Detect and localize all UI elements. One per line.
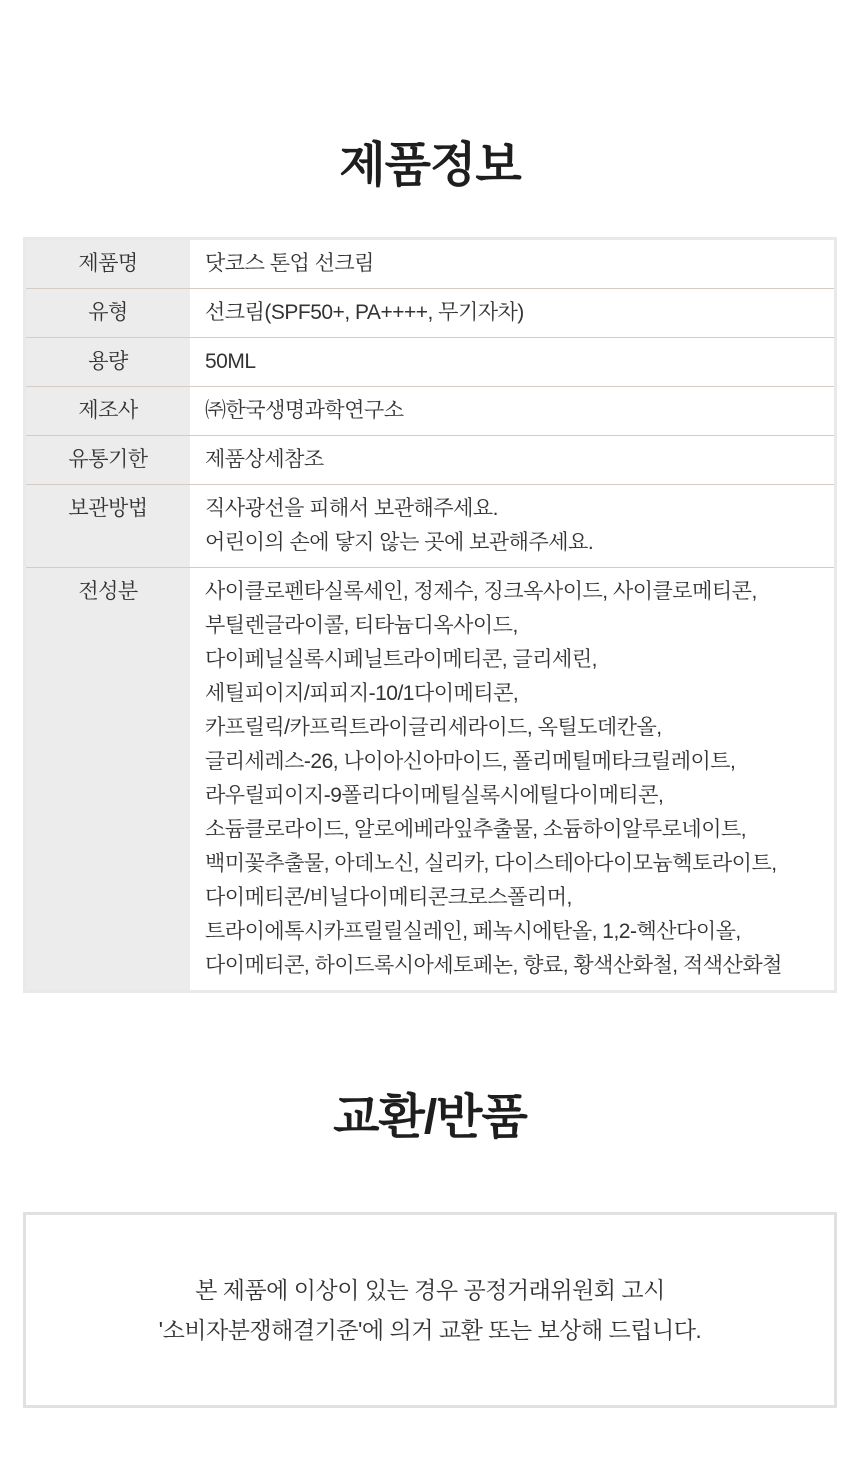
product-info-table: 제품명 닷코스 톤업 선크림 유형 선크림(SPF50+, PA++++, 무기… xyxy=(23,237,837,993)
exchange-notice-text: 본 제품에 이상이 있는 경우 공정거래위원회 고시 '소비자분쟁해결기준'에 … xyxy=(159,1270,702,1350)
row-label: 전성분 xyxy=(26,568,190,990)
page-title-exchange-return: 교환/반품 xyxy=(0,993,860,1147)
row-value: 제품상세참조 xyxy=(190,436,834,484)
table-row-type: 유형 선크림(SPF50+, PA++++, 무기자차) xyxy=(26,289,834,338)
table-row-ingredients: 전성분 사이클로펜타실록세인, 정제수, 징크옥사이드, 사이클로메티콘, 부틸… xyxy=(26,568,834,990)
table-row-manufacturer: 제조사 ㈜한국생명과학연구소 xyxy=(26,387,834,436)
row-label: 제조사 xyxy=(26,387,190,435)
row-value: ㈜한국생명과학연구소 xyxy=(190,387,834,435)
table-row-expiration: 유통기한 제품상세참조 xyxy=(26,436,834,485)
row-value: 사이클로펜타실록세인, 정제수, 징크옥사이드, 사이클로메티콘, 부틸렌글라이… xyxy=(190,568,834,990)
row-label: 유통기한 xyxy=(26,436,190,484)
table-row-storage: 보관방법 직사광선을 피해서 보관해주세요. 어린이의 손에 닿지 않는 곳에 … xyxy=(26,485,834,568)
row-label: 용량 xyxy=(26,338,190,386)
row-value: 50ML xyxy=(190,338,834,386)
row-value: 직사광선을 피해서 보관해주세요. 어린이의 손에 닿지 않는 곳에 보관해주세… xyxy=(190,485,834,567)
product-detail-page: 제품정보 제품명 닷코스 톤업 선크림 유형 선크림(SPF50+, PA+++… xyxy=(0,0,860,1478)
row-value: 닷코스 톤업 선크림 xyxy=(190,240,834,288)
page-title-product-info: 제품정보 xyxy=(0,0,860,195)
row-label: 제품명 xyxy=(26,240,190,288)
row-label: 보관방법 xyxy=(26,485,190,567)
table-row-product-name: 제품명 닷코스 톤업 선크림 xyxy=(26,240,834,289)
bottom-spacer xyxy=(0,1408,860,1478)
row-value: 선크림(SPF50+, PA++++, 무기자차) xyxy=(190,289,834,337)
exchange-notice-box: 본 제품에 이상이 있는 경우 공정거래위원회 고시 '소비자분쟁해결기준'에 … xyxy=(23,1212,837,1408)
row-label: 유형 xyxy=(26,289,190,337)
table-row-volume: 용량 50ML xyxy=(26,338,834,387)
